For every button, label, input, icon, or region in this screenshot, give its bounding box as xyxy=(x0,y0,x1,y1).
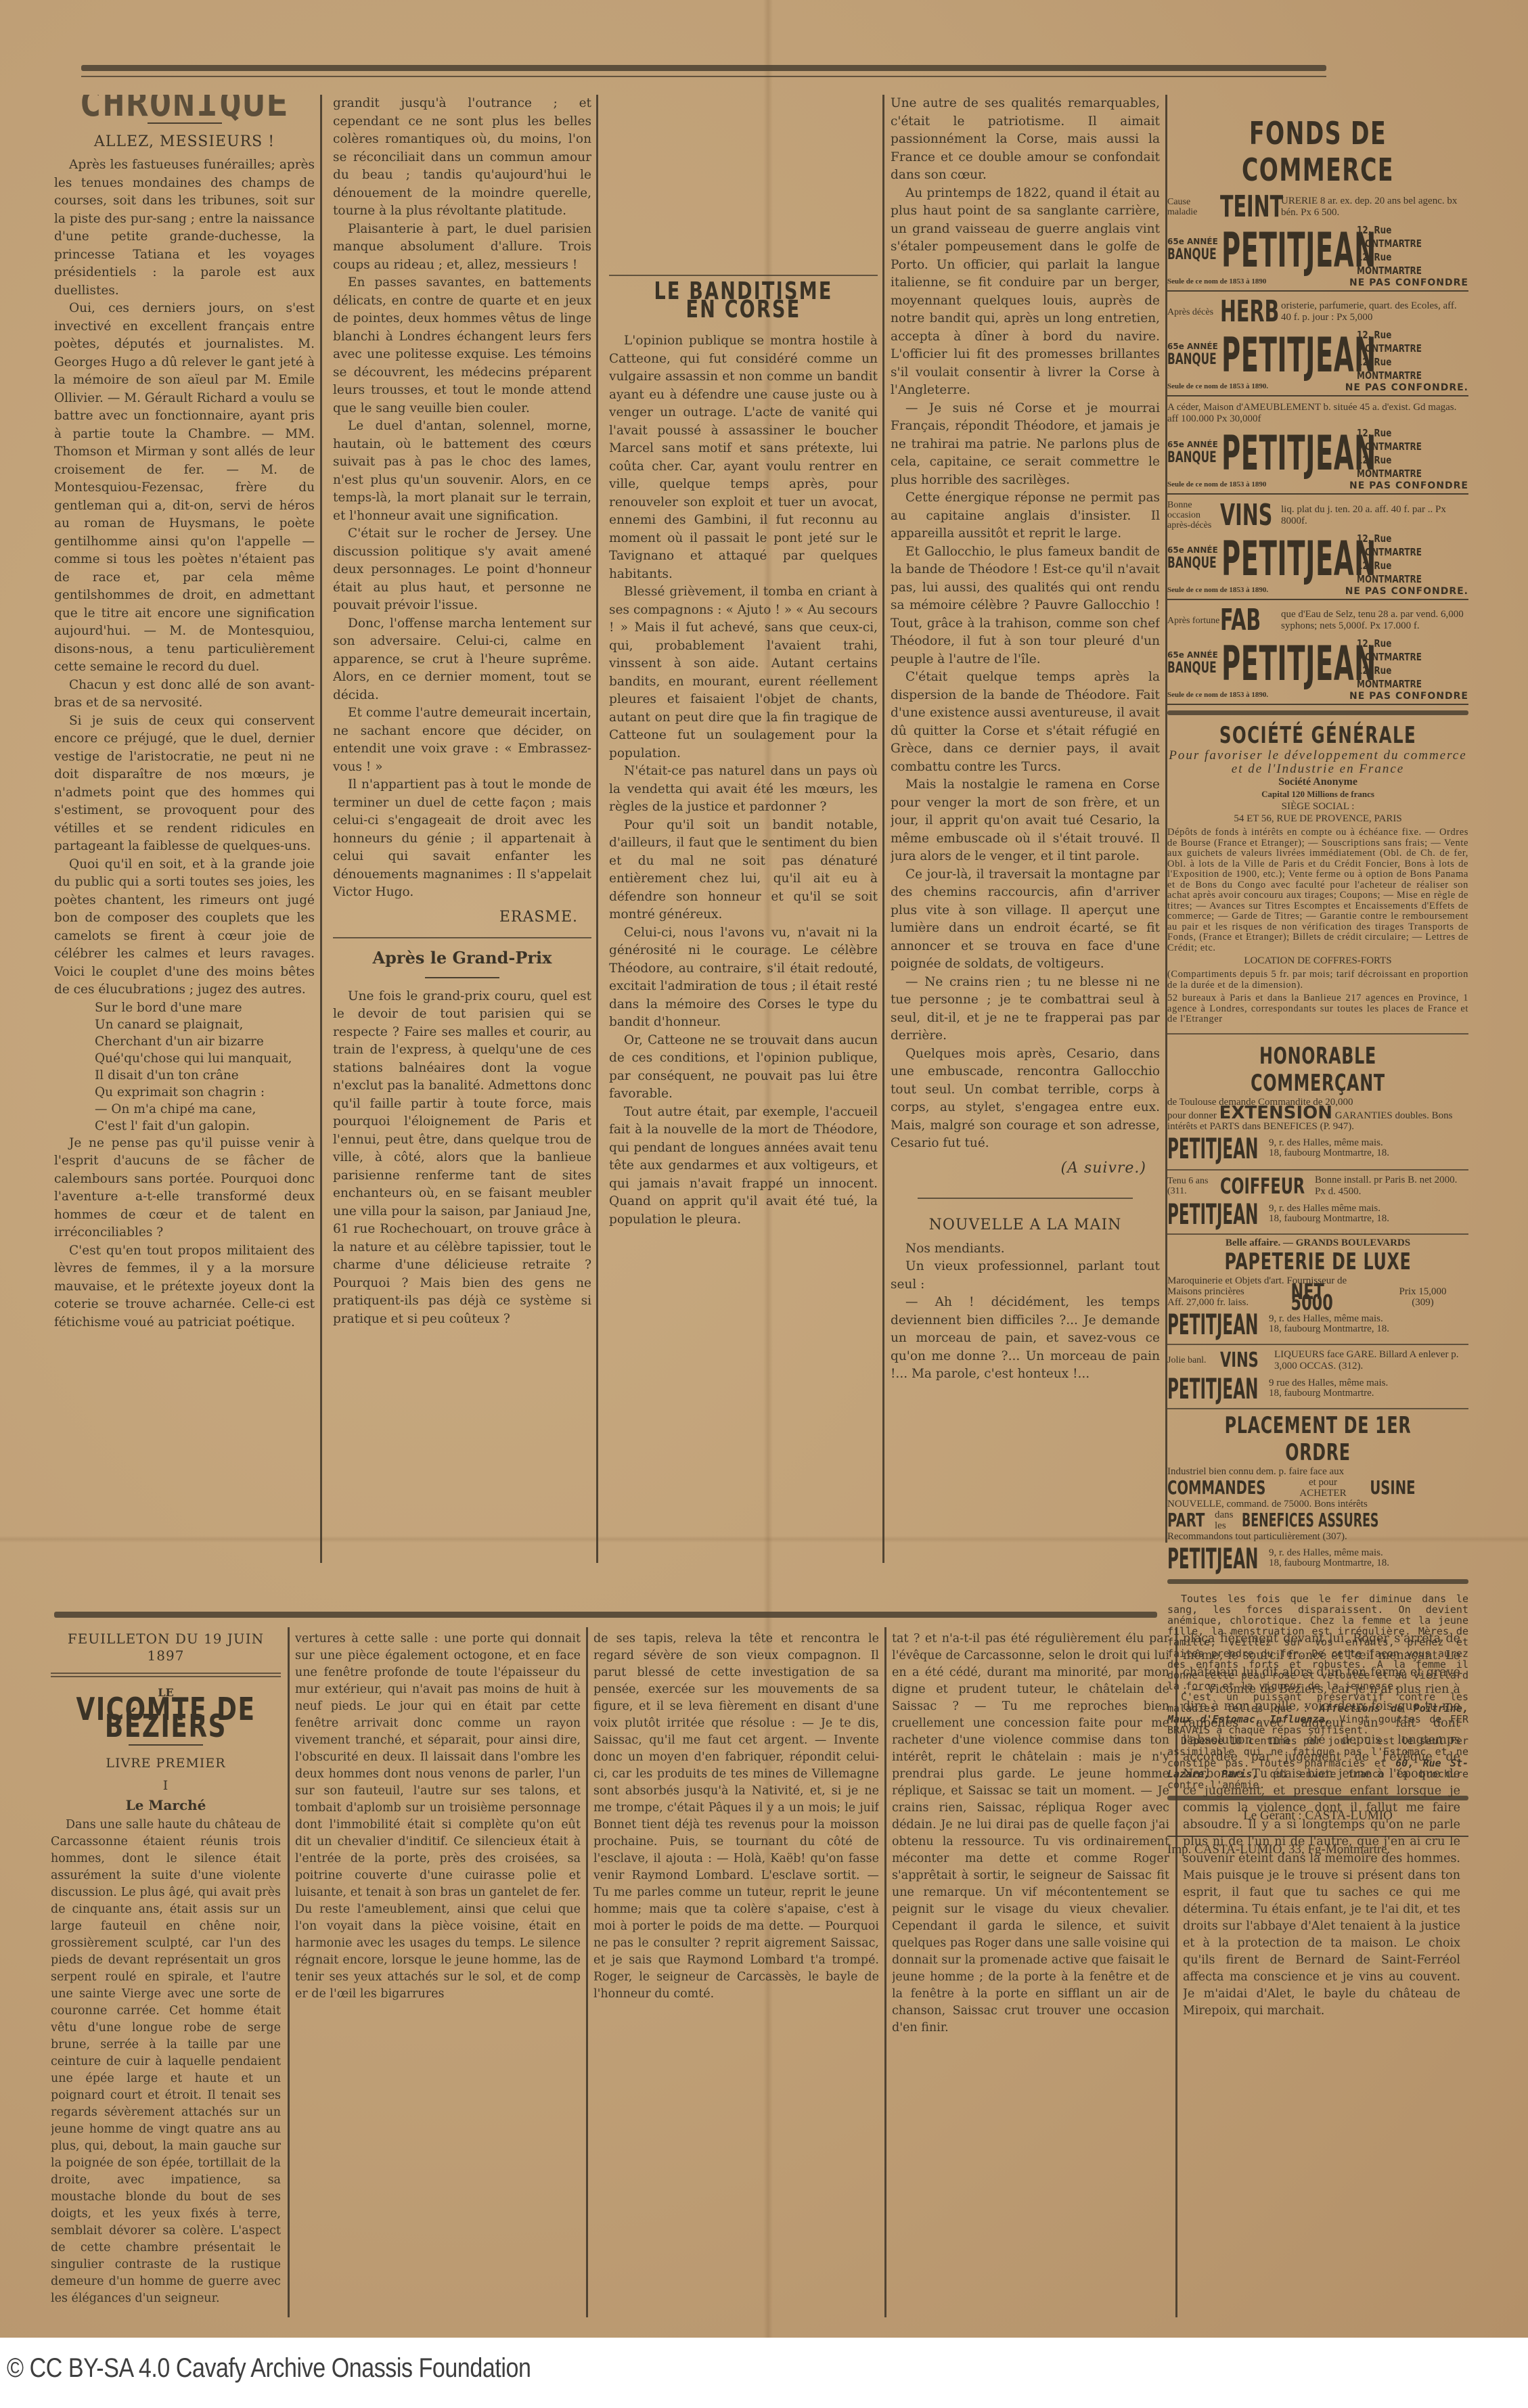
verse-line: Cherchant d'un air bizarre xyxy=(95,1033,315,1050)
paragraph: Mais la nostalgie le ramena en Corse pou… xyxy=(891,776,1160,866)
ad-big-word: TEINT xyxy=(1220,192,1260,222)
paragraph: Tout autre était, par exemple, l'accueil… xyxy=(609,1104,878,1229)
address-line: 12, Rue MONTMARTRE xyxy=(1357,355,1446,382)
chronique-title: CHRONIQUE xyxy=(54,95,315,113)
livre-label: LIVRE PREMIER xyxy=(51,1755,281,1772)
papeterie-left-line: Maisons princières xyxy=(1167,1286,1276,1297)
petitjean-row: 65e ANNÉEBANQUE PETITJEAN 12, Rue MONTMA… xyxy=(1167,532,1468,586)
petitjean-row: 65e ANNÉEBANQUE PETITJEAN 12, Rue MONTMA… xyxy=(1167,328,1468,382)
feuilleton-column-1: FEUILLETON DU 19 JUIN 1897 LE VICOMTE DE… xyxy=(51,1631,281,2321)
ad-desc: URERIE 8 ar. ex. dep. 20 ans bel agenc. … xyxy=(1281,196,1468,219)
grand-prix-title: Après le Grand-Prix xyxy=(333,949,591,968)
commandes-row: COMMANDES et pour ACHETER USINE xyxy=(1167,1477,1468,1499)
paragraph: Quelques mois après, Cesario, dans une e… xyxy=(891,1045,1160,1153)
banditisme-title: LE BANDITISME EN CORSE xyxy=(643,283,845,319)
banque-label: 65e ANNÉEBANQUE xyxy=(1167,237,1221,264)
placement-title: PLACEMENT DE 1ER ORDRE xyxy=(1213,1412,1424,1466)
bureaux-text: 52 bureaux à Paris et dans la Banlieue 2… xyxy=(1167,993,1468,1025)
verse-line: C'est l' fait d'un galopin. xyxy=(95,1118,315,1135)
verse-line: Il disait d'un ton crâne xyxy=(95,1067,315,1084)
paragraph: Pour qu'il soit un bandit notable, d'ail… xyxy=(609,817,878,924)
part-word: PART xyxy=(1167,1515,1200,1526)
banque-word: BANQUE xyxy=(1167,660,1205,677)
papeterie-net-row: Maisons princièresAff. 27,000 fr. laiss.… xyxy=(1167,1286,1468,1308)
petitjean-name: PETITJEAN xyxy=(1167,1308,1223,1341)
address-line: 9, r. des Halles, même mais. xyxy=(1269,1138,1389,1148)
paragraph: — Ne crains rien ; tu ne blesse ni ne tu… xyxy=(891,974,1160,1045)
column-rule xyxy=(586,1627,588,2317)
section-divider xyxy=(918,1198,1133,1199)
societe-tagline: Pour favoriser le développement du comme… xyxy=(1167,749,1468,776)
banque-label: 65e ANNÉEBANQUE xyxy=(1167,545,1221,572)
papeterie-left: Maisons princièresAff. 27,000 fr. laiss. xyxy=(1167,1286,1276,1308)
column-rule xyxy=(596,95,598,1563)
seule-label: Seule de ce nom de 1853 à 1890. xyxy=(1167,586,1268,597)
banque-word: BANQUE xyxy=(1167,555,1205,572)
title-underline xyxy=(129,1744,203,1746)
verse-block: Sur le bord d'une mare Un canard se plai… xyxy=(54,999,315,1135)
paragraph: grandit jusqu'à l'outrance ; et cependan… xyxy=(333,95,591,221)
ad-divider xyxy=(1167,1233,1468,1235)
chronique-column: CHRONIQUE ALLEZ, MESSIEURS ! Après les f… xyxy=(54,95,315,1549)
feuilleton-date: FEUILLETON DU 19 JUIN 1897 xyxy=(51,1631,281,1664)
paragraph: Donc, l'offense marcha lentement sur son… xyxy=(333,615,591,705)
ad-big-word: FAB xyxy=(1220,606,1260,635)
ads-column: FONDS DE COMMERCE Cause maladie TEINT UR… xyxy=(1167,115,1468,1857)
ad-left: Après décès xyxy=(1167,307,1220,317)
chronique-subtitle: ALLEZ, MESSIEURS ! xyxy=(54,133,315,152)
petitjean-footer: Seule de ce nom de 1853 à 1890NE PAS CON… xyxy=(1167,277,1468,292)
banque-label: 65e ANNÉEBANQUE xyxy=(1167,440,1221,467)
paragraph: Quoi qu'il en soit, et à la grande joie … xyxy=(54,856,315,999)
paragraph: vertures à cette salle : une porte qui d… xyxy=(295,1631,581,2003)
a-suivre: (A suivre.) xyxy=(891,1160,1146,1178)
honorable-extension: pour donner EXTENSION GARANTIES doubles.… xyxy=(1167,1108,1468,1132)
ad-big-word: HERB xyxy=(1220,297,1260,327)
ad-big-word: COIFFEUR xyxy=(1220,1181,1286,1191)
feuilleton-column-2: vertures à cette salle : une porte qui d… xyxy=(295,1631,581,2321)
part-row: PART dans les BENEFICES ASSURES xyxy=(1167,1509,1468,1531)
paragraph: — Je suis né Corse et je mourrai Françai… xyxy=(891,400,1160,490)
ad-headline-row: Cause maladie TEINT URERIE 8 ar. ex. dep… xyxy=(1167,192,1468,222)
seule-label: Seule de ce nom de 1853 à 1890 xyxy=(1167,480,1266,491)
newspaper-page: CHRONIQUE ALLEZ, MESSIEURS ! Après les f… xyxy=(0,0,1528,2338)
address-line: 18, faubourg Montmartre, 18. xyxy=(1269,1324,1389,1334)
petitjean-row: 65e ANNÉEBANQUE PETITJEAN 12, Rue MONTMA… xyxy=(1167,223,1468,277)
banque-label: 65e ANNÉEBANQUE xyxy=(1167,650,1221,677)
petitjean-row: 65e ANNÉEBANQUE PETITJEAN 12, Rue MONTMA… xyxy=(1167,426,1468,480)
societe-generale-title: SOCIÉTÉ GÉNÉRALE xyxy=(1209,722,1426,749)
petitjean-address: PETITJEAN9 rue des Halles, même mais.18,… xyxy=(1167,1372,1468,1405)
paragraph: Une fois le grand-prix couru, quel est l… xyxy=(333,988,591,1329)
ad-desc: A céder, Maison d'AMEUBLEMENT b. située … xyxy=(1167,402,1468,425)
ne-pas-confondre: NE PAS CONFONDRE xyxy=(1349,691,1468,702)
address-line: 12, Rue MONTMARTRE xyxy=(1357,559,1446,586)
ad-divider xyxy=(1167,1408,1468,1409)
paragraph: C'était sur le rocher de Jersey. Une dis… xyxy=(333,525,591,615)
paragraph: En passes savantes, en battements délica… xyxy=(333,274,591,417)
address-line: 12, Rue MONTMARTRE xyxy=(1357,223,1446,250)
petitjean-name: PETITJEAN xyxy=(1221,432,1296,475)
extension-big: EXTENSION xyxy=(1219,1103,1332,1123)
title-rule xyxy=(51,1676,281,1677)
petitjean-ad-block: Cause maladie TEINT URERIE 8 ar. ex. dep… xyxy=(1167,192,1468,292)
annee-label: 65e ANNÉE xyxy=(1167,650,1218,660)
address-lines: 12, Rue MONTMARTRE12, Rue MONTMARTRE xyxy=(1357,328,1446,382)
petitjean-ad-block: Après fortune FAB que d'Eau de Selz, ten… xyxy=(1167,606,1468,705)
petitjean-name: PETITJEAN xyxy=(1221,642,1296,685)
paragraph: Chacun y est donc allé de son avant-bras… xyxy=(54,677,315,712)
part-dans: dans les xyxy=(1215,1509,1242,1531)
top-thin-rule xyxy=(81,76,1326,77)
paragraph: Celui-ci, nous l'avons vu, n'avait ni la… xyxy=(609,924,878,1032)
petitjean-ad-block: Après décès HERB oristerie, parfumerie, … xyxy=(1167,297,1468,396)
seule-label: Seule de ce nom de 1853 à 1890. xyxy=(1167,382,1268,393)
column-rule xyxy=(882,95,884,1563)
papeterie-ref: (309) xyxy=(1377,1297,1468,1308)
ad-divider xyxy=(1167,710,1468,715)
section-divider xyxy=(333,937,591,938)
paragraph: C'était quelque temps après la dispersio… xyxy=(891,668,1160,776)
address-lines: 12, Rue MONTMARTRE12, Rue MONTMARTRE xyxy=(1357,532,1446,586)
paragraph: de ses tapis, releva la tête et rencontr… xyxy=(593,1631,879,2003)
author-signature: ERASME. xyxy=(333,909,578,927)
paragraph: Cette énergique réponse ne permit pas au… xyxy=(891,489,1160,543)
vins-ad: Jolie banl. VINS LIQUEURS face GARE. Bil… xyxy=(1167,1349,1468,1372)
ad-divider xyxy=(1167,1579,1468,1584)
address-line: 18, faubourg Montmartre, 18. xyxy=(1269,1558,1389,1568)
address-lines: 12, Rue MONTMARTRE12, Rue MONTMARTRE xyxy=(1357,223,1446,277)
column-rule xyxy=(1175,1627,1177,2317)
address-line: 12, Rue MONTMARTRE xyxy=(1357,637,1446,664)
petitjean-address: PETITJEAN9, r. des Halles même mais.18, … xyxy=(1167,1198,1468,1231)
paragraph: Plaisanterie à part, le duel parisien ma… xyxy=(333,221,591,275)
banditisme-column-2: Une autre de ses qualités remarquables, … xyxy=(891,95,1160,1549)
address-lines: 9, r. des Halles, même mais.18, faubourg… xyxy=(1269,1138,1389,1158)
petitjean-address: PETITJEAN9, r. des Halles, même mais.18,… xyxy=(1167,1542,1468,1575)
honorable-title: HONORABLE COMMERÇANT xyxy=(1213,1043,1424,1097)
ad-headline-row: Après fortune FAB que d'Eau de Selz, ten… xyxy=(1167,606,1468,635)
paragraph: Au printemps de 1822, quand il était au … xyxy=(891,185,1160,400)
ne-pas-confondre: NE PAS CONFONDRE xyxy=(1349,277,1468,288)
feuilleton-column-4: tat ? et n'a-t-il pas été régulièrement … xyxy=(892,1631,1169,2321)
petitjean-name: PETITJEAN xyxy=(1221,537,1296,581)
petitjean-ads: Cause maladie TEINT URERIE 8 ar. ex. dep… xyxy=(1167,192,1468,705)
fonds-de-commerce-title: FONDS DE COMMERCE xyxy=(1209,115,1426,188)
address-lines: 9, r. des Halles, même mais.18, faubourg… xyxy=(1269,1548,1389,1568)
commandes-word: COMMANDES xyxy=(1167,1482,1251,1493)
societe-body: Dépôts de fonds à intérêts en compte ou … xyxy=(1167,827,1468,953)
address-line: 12, Rue MONTMARTRE xyxy=(1357,328,1446,355)
column-rule xyxy=(320,95,322,1563)
paragraph: Or, Catteone ne se trouvait dans aucun d… xyxy=(609,1032,878,1104)
paragraph: Il n'appartient pas à tout le monde de t… xyxy=(333,776,591,902)
column-rule xyxy=(288,1627,290,2317)
ad-left: Après fortune xyxy=(1167,616,1220,626)
address-lines: 9 rue des Halles, même mais.18, faubourg… xyxy=(1269,1378,1388,1399)
benefices-word: BENEFICES ASSURES xyxy=(1242,1515,1378,1526)
petitjean-footer: Seule de ce nom de 1853 à 1890NE PAS CON… xyxy=(1167,480,1468,495)
papeterie-right: Prix 15,000(309) xyxy=(1377,1286,1468,1308)
paragraph: N'était-ce pas naturel dans un pays où l… xyxy=(609,763,878,817)
ad-desc: Bonne install. pr Paris B. net 2000. Px … xyxy=(1315,1175,1468,1198)
ad-divider xyxy=(1167,1033,1468,1035)
ad-left: Bonne occasion après-décès xyxy=(1167,500,1220,530)
petitjean-name: PETITJEAN xyxy=(1167,1132,1223,1165)
chapter-title: Le Marché xyxy=(51,1797,281,1814)
petitjean-footer: Seule de ce nom de 1853 à 1890.NE PAS CO… xyxy=(1167,586,1468,600)
papeterie-prix: Prix 15,000 xyxy=(1377,1286,1468,1297)
papeterie-left-line: Aff. 27,000 fr. laiss. xyxy=(1167,1297,1276,1308)
feuilleton-column-5: plaça fièrement devant lui. Roger s'arrê… xyxy=(1183,1631,1460,2321)
annee-label: 65e ANNÉE xyxy=(1167,545,1218,555)
seule-label: Seule de ce nom de 1853 à 1890 xyxy=(1167,277,1266,288)
address-line: 18, faubourg Montmartre. xyxy=(1269,1388,1388,1399)
address-line: 9, r. des Halles, même mais. xyxy=(1269,1314,1389,1324)
verse-line: — On m'a chipé ma cane, xyxy=(95,1101,315,1118)
petitjean-name: PETITJEAN xyxy=(1221,229,1296,272)
ad-left: Tenu 6 ans (311. xyxy=(1167,1176,1220,1196)
address-lines: 9, r. des Halles, même mais.18, faubourg… xyxy=(1269,1314,1389,1334)
seule-label: Seule de ce nom de 1853 à 1890. xyxy=(1167,691,1268,702)
paragraph: tat ? et n'a-t-il pas été régulièrement … xyxy=(892,1631,1169,2037)
annee-label: 65e ANNÉE xyxy=(1167,440,1218,449)
ad-desc: liq. plat du j. ten. 20 a. aff. 40 f. pa… xyxy=(1281,504,1468,527)
feuilleton-column-3: de ses tapis, releva la tête et rencontr… xyxy=(593,1631,879,2321)
societe-capital: Capital 120 Millions de francs xyxy=(1167,788,1468,800)
petitjean-address: PETITJEAN9, r. des Halles, même mais.18,… xyxy=(1167,1132,1468,1165)
chronique-continued-column: grandit jusqu'à l'outrance ; et cependan… xyxy=(333,95,591,1549)
verse-line: Qué'qu'chose qui lui manquait, xyxy=(95,1050,315,1067)
address-line: 12, Rue MONTMARTRE xyxy=(1357,664,1446,691)
paragraph: Après les fastueuses funérailles; après … xyxy=(54,156,315,300)
ne-pas-confondre: NE PAS CONFONDRE. xyxy=(1345,586,1468,597)
annee-label: 65e ANNÉE xyxy=(1167,342,1218,351)
petitjean-name: PETITJEAN xyxy=(1167,1198,1223,1231)
paragraph: Je ne pense pas qu'il puisse venir à l'e… xyxy=(54,1135,315,1242)
feuilleton-separator xyxy=(54,1612,1157,1618)
address-line: 9, r. des Halles, même mais. xyxy=(1269,1548,1389,1558)
petitjean-name: PETITJEAN xyxy=(1167,1372,1223,1405)
papeterie-pre: Belle affaire. — GRANDS BOULEVARDS xyxy=(1167,1237,1468,1248)
column-rule xyxy=(884,1627,886,2317)
nouvelle-title: NOUVELLE A LA MAIN xyxy=(891,1217,1160,1235)
paragraph: Blessé grièvement, il tomba en criant à … xyxy=(609,583,878,763)
papeterie-title: PAPETERIE DE LUXE xyxy=(1213,1248,1424,1275)
novel-title: VICOMTE DE BÉZIERS xyxy=(76,1701,255,1735)
verse-line: Sur le bord d'une mare xyxy=(95,999,315,1016)
paragraph: plaça fièrement devant lui. Roger s'arrê… xyxy=(1183,1631,1460,2020)
banque-label: 65e ANNÉEBANQUE xyxy=(1167,342,1221,369)
ad-big-word: VINS xyxy=(1220,501,1260,530)
address-line: 12, Rue MONTMARTRE xyxy=(1357,426,1446,453)
address-line: 9 rue des Halles, même mais. xyxy=(1269,1378,1388,1388)
extension-pre: pour donner xyxy=(1167,1110,1217,1121)
petitjean-footer: Seule de ce nom de 1853 à 1890.NE PAS CO… xyxy=(1167,382,1468,396)
verse-line: Un canard se plaignait, xyxy=(95,1016,315,1033)
ad-left: Jolie banl. xyxy=(1167,1355,1220,1365)
address-lines: 12, Rue MONTMARTRE12, Rue MONTMARTRE xyxy=(1357,426,1446,480)
paragraph: Dans une salle haute du château de Carca… xyxy=(51,1817,281,2307)
ad-big-word: VINS xyxy=(1220,1355,1258,1366)
address-line: 12, Rue MONTMARTRE xyxy=(1357,453,1446,480)
archive-credit: © CC BY-SA 4.0 Cavafy Archive Onassis Fo… xyxy=(7,2353,531,2384)
ad-left: Cause maladie xyxy=(1167,197,1220,217)
top-ornamental-rule xyxy=(81,65,1326,71)
ad-headline-row: Bonne occasion après-décès VINS liq. pla… xyxy=(1167,500,1468,530)
petitjean-name: PETITJEAN xyxy=(1167,1542,1223,1575)
societe-address: 54 ET 56, RUE DE PROVENCE, PARIS xyxy=(1167,813,1468,825)
coffres-title: LOCATION DE COFFRES-FORTS xyxy=(1167,955,1468,967)
paragraph: Oui, ces derniers jours, on s'est invect… xyxy=(54,300,315,677)
petitjean-footer: Seule de ce nom de 1853 à 1890.NE PAS CO… xyxy=(1167,691,1468,705)
address-lines: 9, r. des Halles même mais.18, faubourg … xyxy=(1269,1204,1389,1224)
paragraph: L'opinion publique se montra hostile à C… xyxy=(609,332,878,583)
paragraph: Un vieux professionnel, parlant tout seu… xyxy=(891,1258,1160,1294)
banque-word: BANQUE xyxy=(1167,246,1205,264)
address-line: 18, faubourg Montmartre, 18. xyxy=(1269,1214,1389,1224)
banque-word: BANQUE xyxy=(1167,351,1205,369)
paragraph: Si je suis de ceux qui conservent encore… xyxy=(54,712,315,856)
ad-divider xyxy=(1167,1344,1468,1345)
address-lines: 12, Rue MONTMARTRE12, Rue MONTMARTRE xyxy=(1357,637,1446,691)
paragraph: Et comme l'autre demeurait incertain, ne… xyxy=(333,704,591,776)
paragraph: — Ah ! décidément, les temps deviennent … xyxy=(891,1294,1160,1384)
banque-word: BANQUE xyxy=(1167,449,1205,467)
annee-label: 65e ANNÉE xyxy=(1167,237,1218,246)
paragraph: Une autre de ses qualités remarquables, … xyxy=(891,95,1160,185)
papeterie-net: NET 5000 xyxy=(1291,1286,1362,1308)
section-divider xyxy=(609,275,878,276)
societe-siege: SIÈGE SOCIAL : xyxy=(1167,800,1468,813)
ad-desc: LIQUEURS face GARE. Billard A enlever p.… xyxy=(1274,1349,1468,1372)
societe-anonyme: Société Anonyme xyxy=(1167,776,1468,788)
commandes-mid: et pour ACHETER xyxy=(1286,1477,1360,1499)
paragraph: Ce jour-là, il traversait la montagne pa… xyxy=(891,866,1160,974)
title-rule xyxy=(51,1673,281,1674)
ad-divider xyxy=(1167,1169,1468,1171)
verse-line: Qu exprimait son chagrin : xyxy=(95,1084,315,1101)
ad-desc: oristerie, parfumerie, quart. des Ecoles… xyxy=(1281,300,1468,323)
ne-pas-confondre: NE PAS CONFONDRE xyxy=(1349,480,1468,491)
paragraph: Le duel d'antan, solennel, morne, hautai… xyxy=(333,417,591,525)
petitjean-row: 65e ANNÉEBANQUE PETITJEAN 12, Rue MONTMA… xyxy=(1167,637,1468,691)
paragraph: Nos mendiants. xyxy=(891,1240,1160,1258)
ad-desc: que d'Eau de Selz, tenu 28 a. par vend. … xyxy=(1281,609,1468,632)
address-line: 9, r. des Halles même mais. xyxy=(1269,1204,1389,1214)
grand-prix-continuation-space xyxy=(609,95,878,272)
title-underline xyxy=(425,977,499,978)
ne-pas-confondre: NE PAS CONFONDRE. xyxy=(1345,382,1468,393)
placement-line: Industriel bien connu dem. p. faire face… xyxy=(1167,1466,1468,1477)
address-line: 12, Rue MONTMARTRE xyxy=(1357,532,1446,559)
usine-word: USINE xyxy=(1370,1482,1415,1493)
petitjean-ad-block: A céder, Maison d'AMEUBLEMENT b. située … xyxy=(1167,402,1468,495)
ad-headline-row: Après décès HERB oristerie, parfumerie, … xyxy=(1167,297,1468,327)
placement-reco: Recommandons tout particulièrement (307)… xyxy=(1167,1531,1468,1542)
paragraph: Et Gallocchio, le plus fameux bandit de … xyxy=(891,543,1160,669)
petitjean-name: PETITJEAN xyxy=(1221,334,1296,377)
coiffeur-ad: Tenu 6 ans (311. COIFFEUR Bonne install.… xyxy=(1167,1175,1468,1198)
petitjean-ad-block: Bonne occasion après-décès VINS liq. pla… xyxy=(1167,500,1468,600)
placement-line: NOUVELLE, command. de 75000. Bons intérê… xyxy=(1167,1499,1468,1509)
address-line: 12, Rue MONTMARTRE xyxy=(1357,250,1446,277)
banditisme-column-1: LE BANDITISME EN CORSE L'opinion publiqu… xyxy=(609,95,878,1549)
paragraph: C'est qu'en tout propos militaient des l… xyxy=(54,1242,315,1332)
address-line: 18, faubourg Montmartre, 18. xyxy=(1269,1148,1389,1158)
coffres-body: (Compartiments depuis 5 fr. par mois; ta… xyxy=(1167,970,1468,991)
chapter-number: I xyxy=(51,1777,281,1794)
